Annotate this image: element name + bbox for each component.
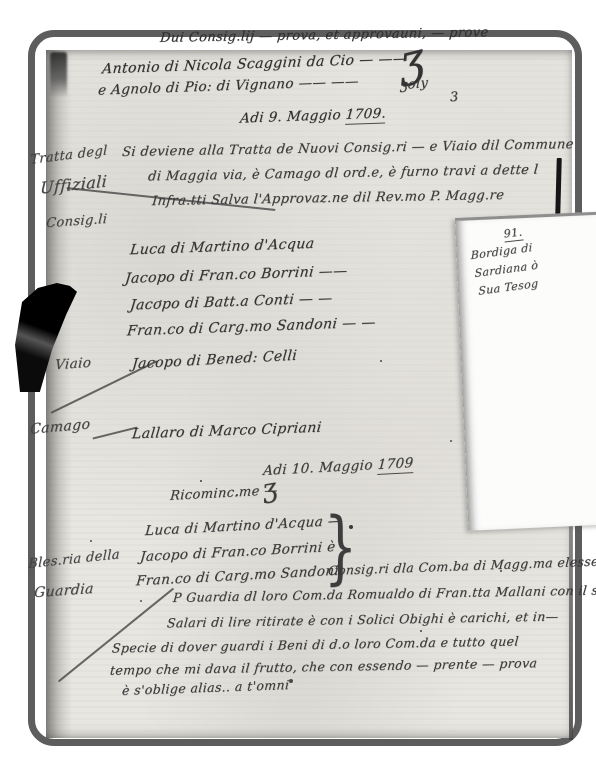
margin-note-viaio: Viaio xyxy=(54,355,91,374)
slip-number-text: 91. xyxy=(503,225,523,242)
manuscript-scan: Dui Consig.lij — prova, et approvauni, —… xyxy=(0,0,596,760)
attached-slip: 91. Bordiga di Sardiana ò Sua Tesog xyxy=(455,211,596,531)
slip-line: Sua Tesog xyxy=(478,277,538,298)
ink-specks xyxy=(200,480,202,482)
date-year: 1709. xyxy=(345,105,387,124)
grouping-brace: } xyxy=(324,500,357,593)
opening-number: 3 xyxy=(449,90,459,106)
ink-smudge xyxy=(50,52,67,98)
date-year: 1709 xyxy=(377,455,414,475)
slip-line: Bordiga di xyxy=(471,241,533,262)
slip-line: Sardiana ò xyxy=(475,259,539,280)
opening-mark: ʒoly xyxy=(400,75,429,93)
slip-number: 91. xyxy=(503,225,523,240)
